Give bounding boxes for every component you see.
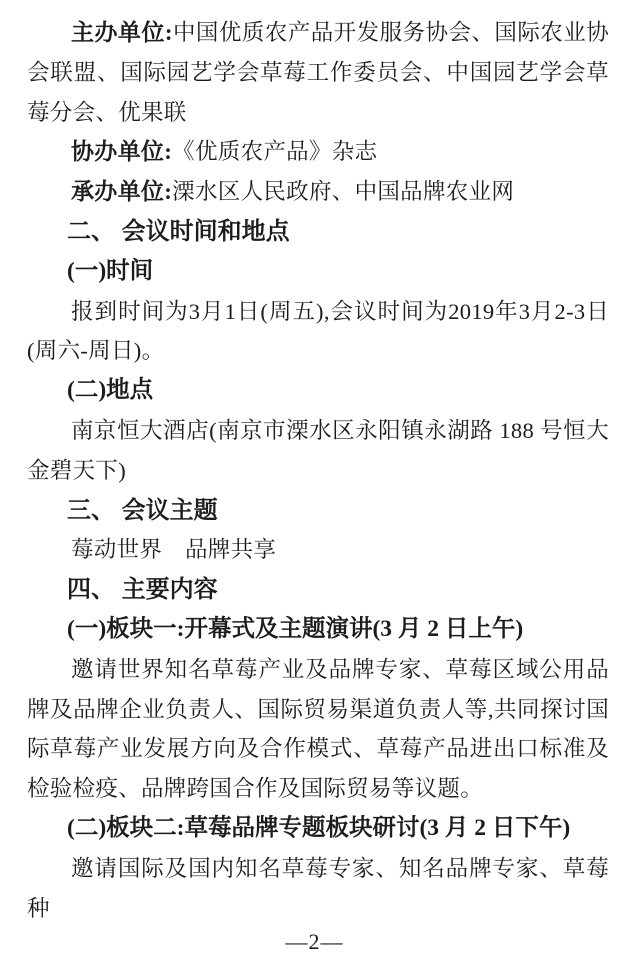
co-organizer-text: 《优质农产品》杂志 [172,139,377,164]
page-number: —2— [0,929,629,955]
document-page: 主办单位:中国优质农产品开发服务协会、国际农业协会联盟、国际园艺学会草莓工作委员… [0,0,629,967]
co-organizer-label: 协办单位: [71,139,172,164]
co-organizer-paragraph: 协办单位:《优质农产品》杂志 [27,132,609,172]
venue-paragraph: 南京恒大酒店(南京市溧水区永阳镇永湖路 188 号恒大金碧天下) [27,411,609,491]
time-paragraph: 报到时间为3月1日(周五),会议时间为2019年3月2-3日(周六-周日)。 [27,292,609,372]
section-2-heading: 二、 会议时间和地点 [27,212,609,252]
block-1-heading: (一)板块一:开幕式及主题演讲(3 月 2 日上午) [27,610,609,650]
section-4-heading: 四、 主要内容 [27,570,609,610]
host-unit-label: 主办单位: [71,20,173,45]
venue-subheading: (二)地点 [27,371,609,411]
block-2-paragraph: 邀请国际及国内知名草莓专家、知名品牌专家、草莓种 [27,849,609,929]
block-1-paragraph: 邀请世界知名草莓产业及品牌专家、草莓区域公用品牌及品牌企业负责人、国际贸易渠道负… [27,650,609,809]
host-unit-paragraph: 主办单位:中国优质农产品开发服务协会、国际农业协会联盟、国际园艺学会草莓工作委员… [27,13,609,132]
theme-paragraph: 莓动世界 品牌共享 [27,530,609,570]
undertaker-text: 溧水区人民政府、中国品牌农业网 [172,179,514,204]
undertaker-label: 承办单位: [71,179,172,204]
section-3-heading: 三、 会议主题 [27,491,609,531]
time-subheading: (一)时间 [27,252,609,292]
undertaker-paragraph: 承办单位:溧水区人民政府、中国品牌农业网 [27,172,609,212]
block-2-heading: (二)板块二:草莓品牌专题板块研讨(3 月 2 日下午) [27,809,609,849]
